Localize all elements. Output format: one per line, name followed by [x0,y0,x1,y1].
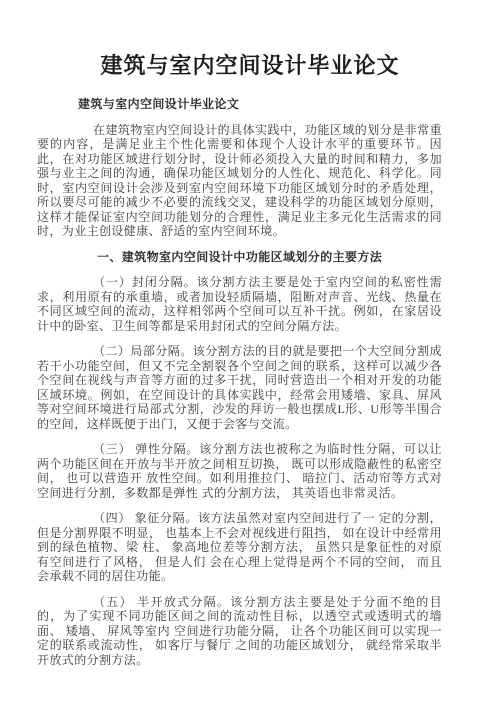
paragraph-flexible-partition: （三） 弹性分隔。该分割方法也被称之为临时性分隔，可以让两个功能区间在开放与半开… [37,442,442,500]
document-subtitle: 建筑与室内空间设计毕业论文 [78,97,442,112]
document-page: 建筑与室内空间设计毕业论文 建筑与室内空间设计毕业论文 在建筑物室内空间设计的具… [0,0,500,707]
paragraph-partial-partition: （二）局部分隔。该分割方法的目的就是要把一个大空间分割成若干小功能空间，但又不完… [37,344,442,431]
paragraph-symbolic-partition: （四） 象征分隔。该方法虽然对室内空间进行了一 定的分割， 但是分割界限不明显，… [37,511,442,584]
intro-paragraph: 在建筑物室内空间设计的具体实践中，功能区域的划分是非常重要的内容，是满足业主个性… [37,123,442,239]
document-title: 建筑与室内空间设计毕业论文 [20,52,480,80]
paragraph-semiopen-partition: （五） 半开放式分隔。该分割方法主要是处于分面不绝的目的，为了实现不同功能区间之… [37,595,442,668]
section-heading: 一、建筑物室内空间设计中功能区域划分的主要方法 [37,250,442,265]
paragraph-closed-partition: （一）封闭分隔。该分割方法主要是处于室内空间的私密性需求，利用原有的承重墙，或者… [37,275,442,333]
